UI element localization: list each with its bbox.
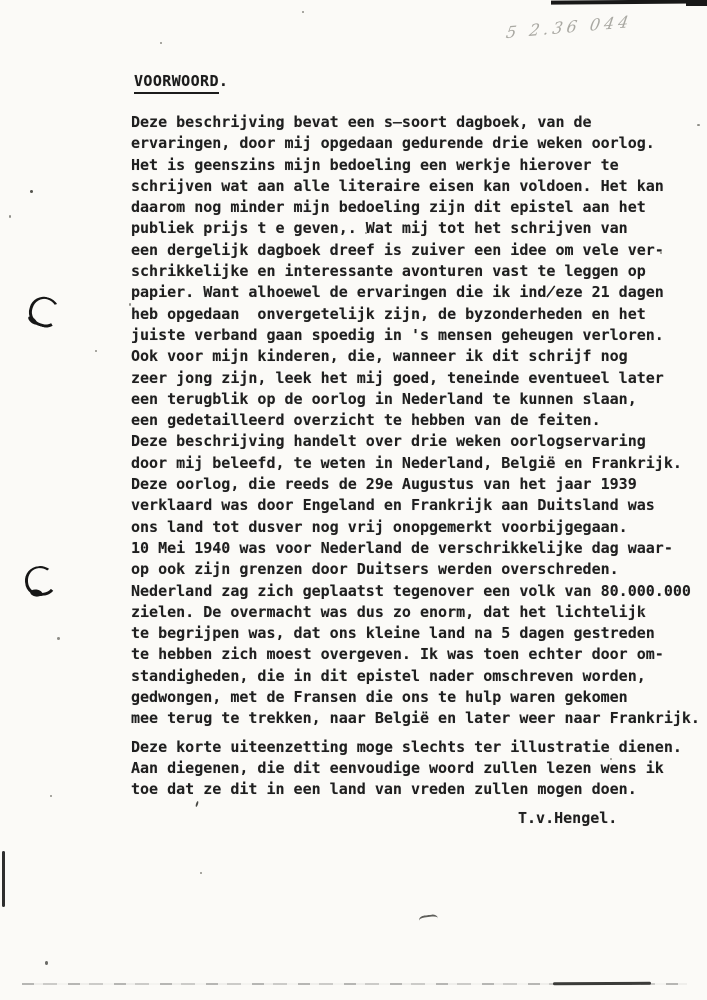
ink-circle-mark (24, 564, 58, 597)
noise-speck (610, 758, 612, 760)
document-body: Deze beschrijving bevat een s̶soort dagb… (131, 112, 700, 801)
noise-speck (45, 961, 48, 965)
noise-speck (30, 190, 33, 193)
noise-speck (57, 637, 60, 640)
noise-speck (160, 42, 162, 44)
noise-speck (200, 872, 202, 874)
scan-edge-artifact (553, 982, 651, 986)
pencil-squiggle-mark (419, 914, 439, 925)
noise-speck (50, 795, 52, 797)
signature: T.v.Hengel. (518, 809, 617, 827)
noise-speck (697, 124, 700, 126)
scanned-page: 5 2.36 044 VOORWOORD. Deze beschrijving … (0, 0, 707, 1000)
handwritten-number: 5 2.36 044 (505, 9, 667, 42)
noise-speck (585, 118, 587, 120)
ink-circle-mark (25, 293, 63, 330)
paragraph-closing: Deze korte uiteenzetting moge slechts te… (131, 737, 700, 801)
page-title-period: . (219, 72, 228, 90)
noise-speck (9, 215, 11, 218)
scan-edge-artifact (686, 0, 707, 6)
page-title-text: VOORWOORD (134, 72, 219, 94)
scan-edge-artifact (2, 851, 5, 907)
paragraph-introduction: Deze beschrijving bevat een s̶soort dagb… (131, 112, 700, 730)
noise-speck (195, 801, 199, 807)
noise-speck (302, 11, 304, 13)
noise-speck (540, 162, 542, 164)
noise-speck (365, 232, 367, 234)
page-title: VOORWOORD. (134, 72, 228, 90)
noise-speck (129, 303, 131, 306)
noise-speck (95, 350, 97, 352)
noise-speck (660, 252, 662, 254)
noise-speck (640, 611, 642, 613)
scan-edge-artifact (551, 0, 707, 5)
